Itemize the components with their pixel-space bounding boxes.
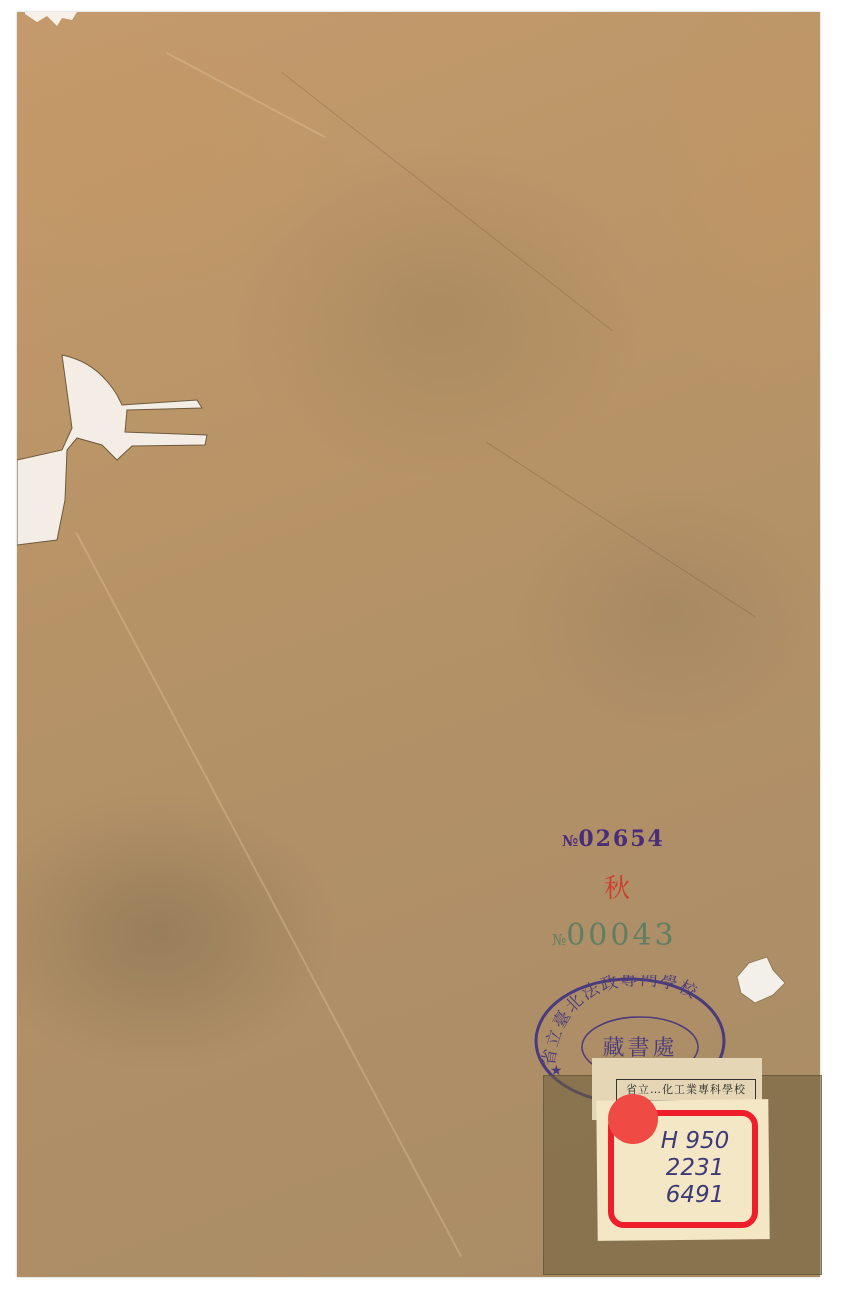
season-mark: 秋 (604, 868, 630, 905)
number-prefix: № (562, 832, 578, 850)
accession-number: 02654 (578, 826, 665, 852)
call-number-line: 6491 (640, 1182, 750, 1209)
serial-number-stamp: №00043 (552, 918, 677, 953)
crease-line (486, 442, 755, 617)
torn-hole (17, 350, 217, 550)
red-dot-sticker (608, 1094, 658, 1144)
crease-line (75, 532, 462, 1257)
number-prefix: № (552, 931, 566, 949)
serial-number: 00043 (566, 918, 676, 953)
torn-hole (735, 955, 790, 1010)
call-number-line: H 950 (640, 1128, 750, 1155)
crease-line (166, 52, 326, 138)
torn-corner (17, 12, 77, 32)
call-number-line: 2231 (640, 1155, 750, 1182)
crease-line (281, 72, 613, 331)
call-number-text: H 950 2231 6491 (640, 1128, 750, 1209)
accession-number-stamp: №02654 (562, 826, 665, 852)
